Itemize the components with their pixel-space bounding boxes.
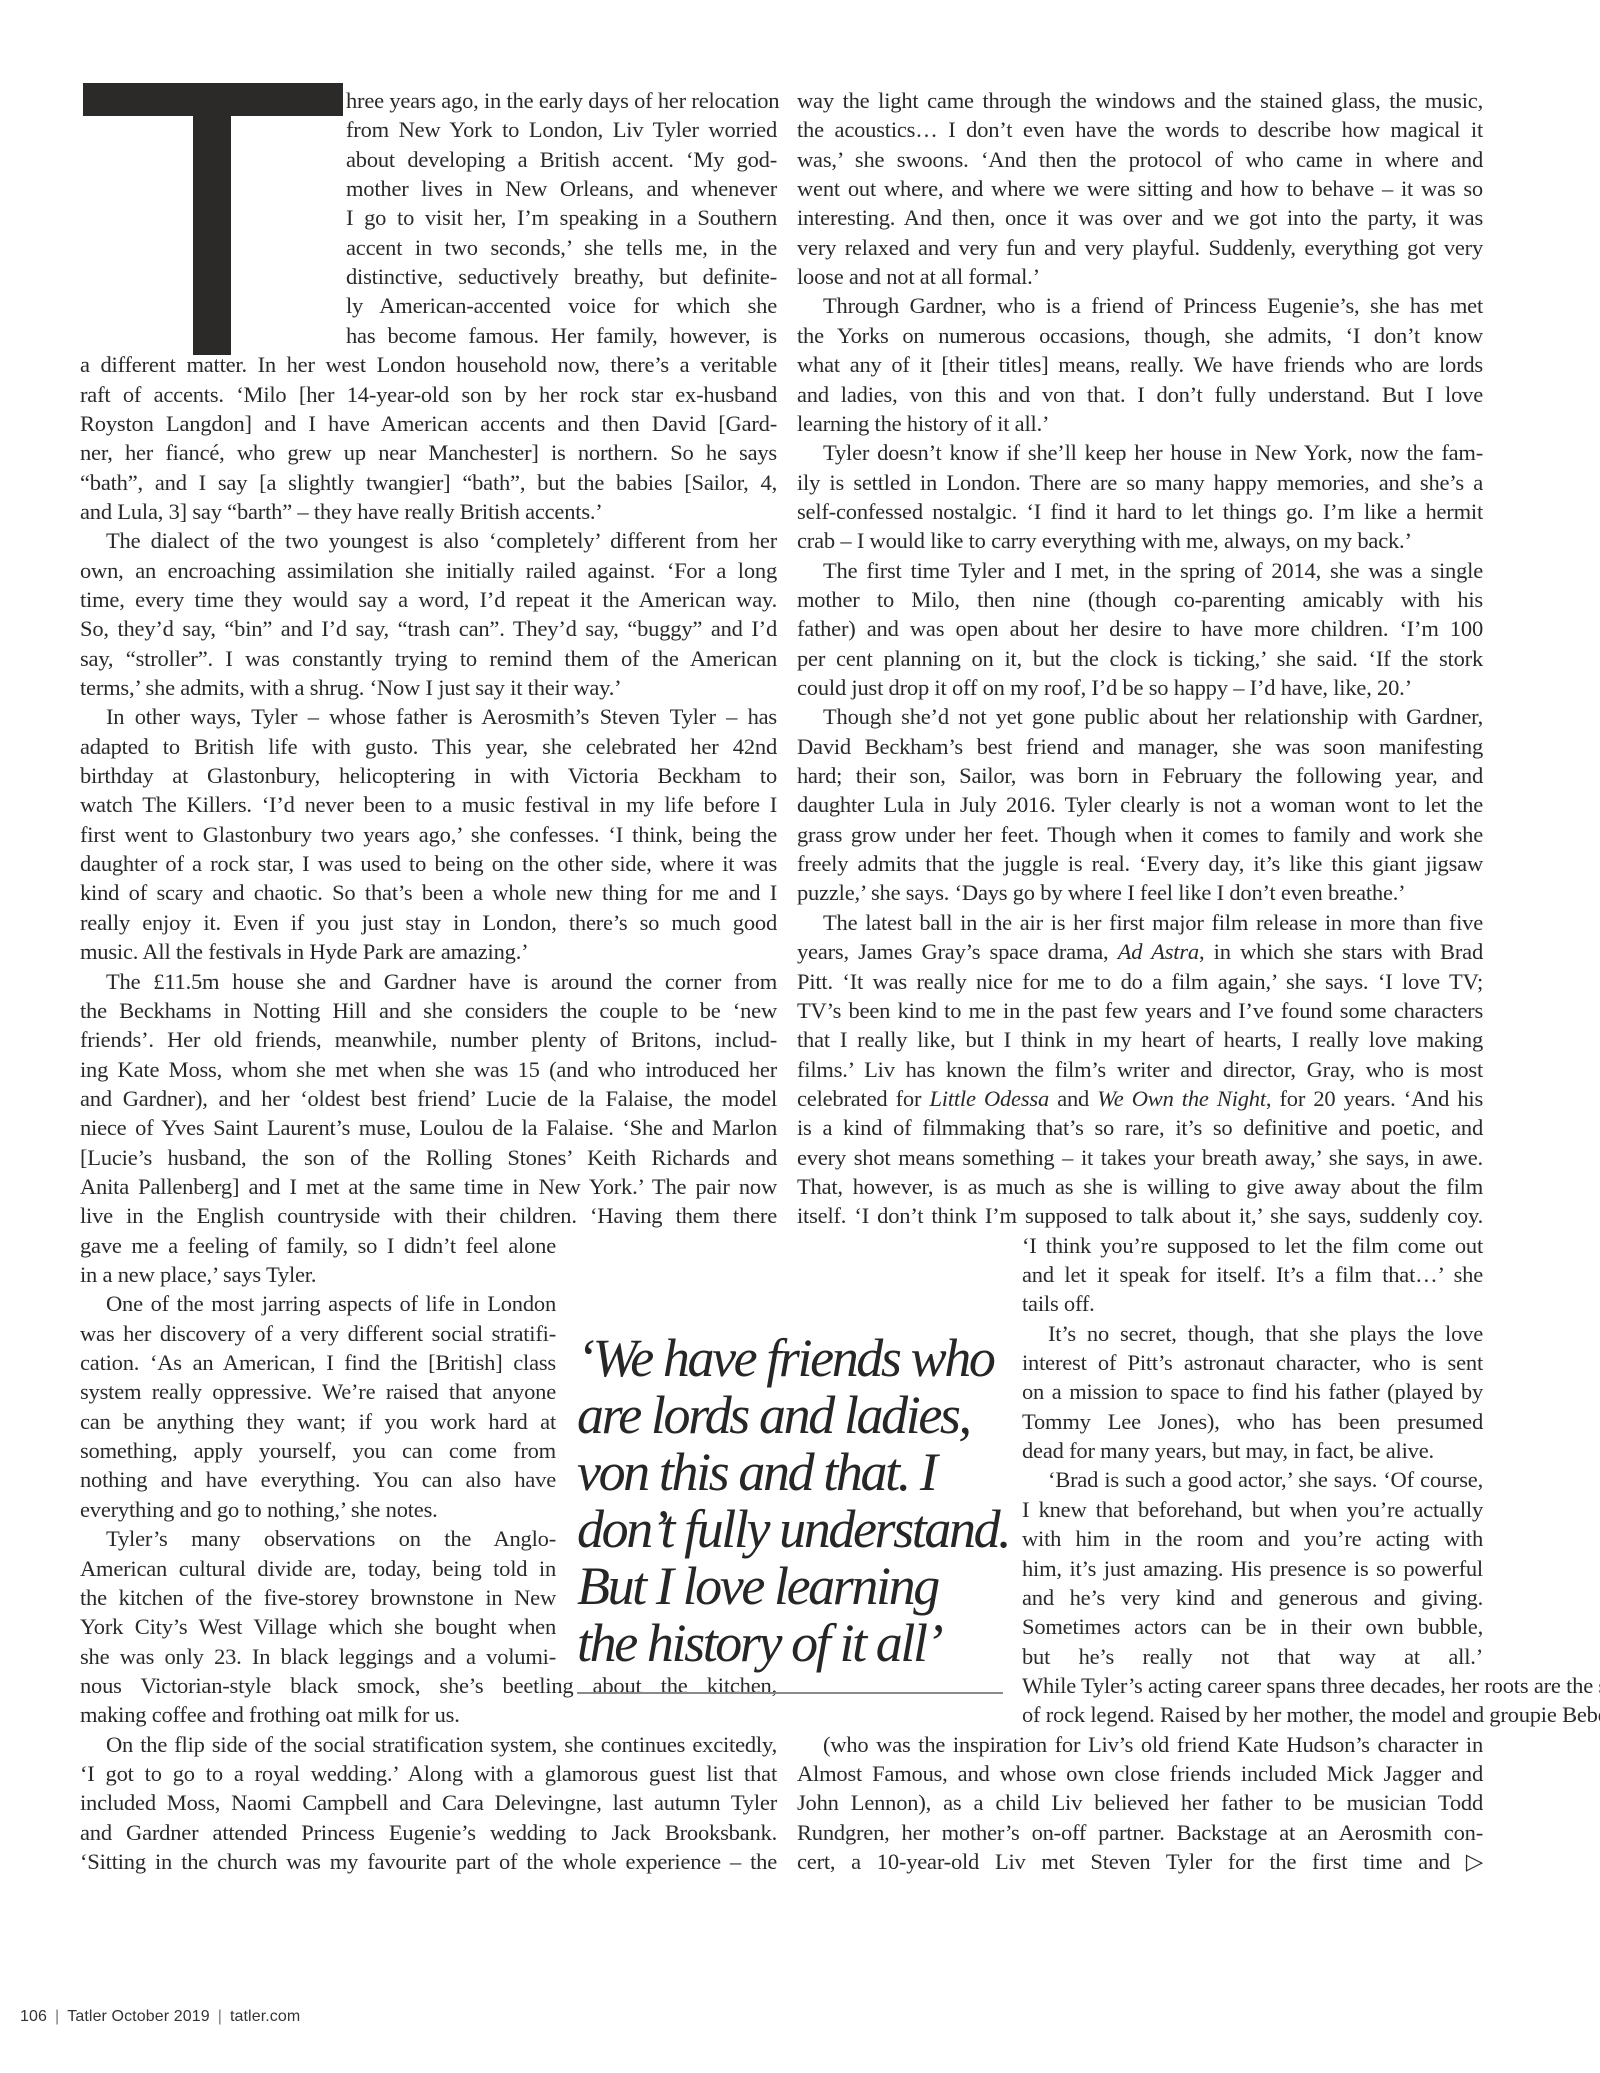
article-line: say, “stroller”. I was constantly trying…: [80, 644, 777, 673]
article-line: friends’. Her old friends, meanwhile, nu…: [80, 1025, 777, 1054]
article-line: itself. ‘I don’t think I’m supposed to t…: [797, 1201, 1483, 1230]
article-line: The dialect of the two youngest is also …: [80, 526, 777, 555]
article-line: time, every time they would say a word, …: [80, 585, 777, 614]
article-line: accent in two seconds,’ she tells me, in…: [346, 233, 777, 262]
drop-cap-stem: [193, 83, 231, 355]
article-line: everything and go to nothing,’ she notes…: [80, 1495, 556, 1524]
article-line: system really oppressive. We’re raised t…: [80, 1377, 556, 1406]
article-line: learning the history of it all.’: [797, 409, 1483, 438]
article-line: ing Kate Moss, whom she met when she was…: [80, 1055, 777, 1084]
article-line: hard; their son, Sailor, was born in Feb…: [797, 761, 1483, 790]
article-line: interesting. And then, once it was over …: [797, 203, 1483, 232]
article-line: Anita Pallenberg] and I met at the same …: [80, 1172, 777, 1201]
article-line: The first time Tyler and I met, in the s…: [797, 556, 1483, 585]
article-line: and let it speak for itself. It’s a film…: [1022, 1260, 1483, 1289]
article-line: Through Gardner, who is a friend of Prin…: [797, 291, 1483, 320]
article-line: On the flip side of the social stratific…: [80, 1730, 777, 1759]
article-line: making coffee and frothing oat milk for …: [80, 1700, 777, 1729]
article-line: Tommy Lee Jones), who has been presumed: [1022, 1407, 1483, 1436]
article-line: can be anything they want; if you work h…: [80, 1407, 556, 1436]
article-line: raft of accents. ‘Milo [her 14-year-old …: [80, 380, 777, 409]
article-line: the acoustics… I don’t even have the wor…: [797, 115, 1483, 144]
article-line: freely admits that the juggle is real. ‘…: [797, 849, 1483, 878]
article-line: ‘Sitting in the church was my favourite …: [80, 1847, 777, 1876]
article-line: and he’s very kind and generous and givi…: [1022, 1583, 1483, 1612]
article-line: first went to Glastonbury two years ago,…: [80, 820, 777, 849]
article-line: self-confessed nostalgic. ‘I find it har…: [797, 497, 1483, 526]
article-line: Tyler doesn’t know if she’ll keep her ho…: [797, 438, 1483, 467]
page-number: 106: [20, 2008, 47, 2025]
article-line: I knew that beforehand, but when you’re …: [1022, 1495, 1483, 1524]
title-italic: Ad Astra: [1118, 939, 1199, 964]
article-line: So, they’d say, “bin” and I’d say, “tras…: [80, 614, 777, 643]
article-line: TV’s been kind to me in the past few yea…: [797, 996, 1483, 1025]
article-line: that I really like, but I think in my he…: [797, 1025, 1483, 1054]
title-italic: We Own the Night: [1097, 1086, 1266, 1111]
article-line: but he’s really not that way at all.’: [1022, 1642, 1483, 1671]
article-line: niece of Yves Saint Laurent’s muse, Loul…: [80, 1113, 777, 1142]
article-line: Rundgren, her mother’s on-off partner. B…: [797, 1818, 1483, 1847]
website-link[interactable]: tatler.com: [230, 2008, 300, 2025]
article-line: distinctive, seductively breathy, but de…: [346, 262, 777, 291]
article-line: dead for many years, but may, in fact, b…: [1022, 1436, 1483, 1465]
pull-quote-line: But I love learning: [577, 1558, 1007, 1615]
article-line: the kitchen of the five-storey brownston…: [80, 1583, 556, 1612]
article-line: and Lula, 3] say “barth” – they have rea…: [80, 497, 777, 526]
article-line: ner, her fiancé, who grew up near Manche…: [80, 438, 777, 467]
article-line: loose and not at all formal.’: [797, 262, 1483, 291]
article-line: York City’s West Village which she bough…: [80, 1612, 556, 1641]
article-line: daughter of a rock star, I was used to b…: [80, 849, 777, 878]
article-line: American cultural divide are, today, bei…: [80, 1554, 556, 1583]
article-line: Though she’d not yet gone public about h…: [797, 702, 1483, 731]
article-line: tails off.: [1022, 1289, 1483, 1318]
article-line: something, apply yourself, you can come …: [80, 1436, 556, 1465]
article-line: went out where, and where we were sittin…: [797, 174, 1483, 203]
article-line: While Tyler’s acting career spans three …: [1022, 1671, 1483, 1700]
article-line: really enjoy it. Even if you just stay i…: [80, 908, 777, 937]
article-line: celebrated for Little Odessa and We Own …: [797, 1084, 1483, 1113]
article-line: ‘Brad is such a good actor,’ she says. ‘…: [1022, 1465, 1483, 1494]
article-line: on a mission to space to find his father…: [1022, 1377, 1483, 1406]
article-line: what any of it [their titles] means, rea…: [797, 350, 1483, 379]
article-line: gave me a feeling of family, so I didn’t…: [80, 1231, 556, 1260]
article-line: That, however, is as much as she is will…: [797, 1172, 1483, 1201]
article-line: The £11.5m house she and Gardner have is…: [80, 967, 777, 996]
article-line: years, James Gray’s space drama, Ad Astr…: [797, 937, 1483, 966]
article-line: nous Victorian-style black smock, she’s …: [80, 1671, 777, 1700]
article-line: Tyler’s many observations on the Anglo-: [80, 1524, 556, 1553]
article-line: live in the English countryside with the…: [80, 1201, 777, 1230]
article-line: included Moss, Naomi Campbell and Cara D…: [80, 1788, 777, 1817]
article-line: ‘I got to go to a royal wedding.’ Along …: [80, 1759, 777, 1788]
article-line: the Beckhams in Notting Hill and she con…: [80, 996, 777, 1025]
article-line: and Gardner), and her ‘oldest best frien…: [80, 1084, 777, 1113]
article-line: The latest ball in the air is her first …: [797, 908, 1483, 937]
article-line: about developing a British accent. ‘My g…: [346, 145, 777, 174]
publication-issue: Tatler October 2019: [67, 2008, 209, 2025]
article-line: It’s no secret, though, that she plays t…: [1022, 1319, 1483, 1348]
article-line: music. All the festivals in Hyde Park ar…: [80, 937, 777, 966]
pull-quote-line: are lords and ladies,: [577, 1387, 1007, 1444]
article-line: nothing and have everything. You can als…: [80, 1465, 556, 1494]
article-line: ily is settled in London. There are so m…: [797, 468, 1483, 497]
article-line: Almost Famous, and whose own close frien…: [797, 1759, 1483, 1788]
article-line: every shot means something – it takes yo…: [797, 1143, 1483, 1172]
pull-quote-line: the history of it all’: [577, 1615, 1007, 1672]
article-line: Sometimes actors can be in their own bub…: [1022, 1612, 1483, 1641]
article-line: crab – I would like to carry everything …: [797, 526, 1483, 555]
article-line: cation. ‘As an American, I find the [Bri…: [80, 1348, 556, 1377]
article-line: Royston Langdon] and I have American acc…: [80, 409, 777, 438]
article-line: with him in the room and you’re acting w…: [1022, 1524, 1483, 1553]
article-line: grass grow under her feet. Though when i…: [797, 820, 1483, 849]
article-line: watch The Killers. ‘I’d never been to a …: [80, 790, 777, 819]
article-line: David Beckham’s best friend and manager,…: [797, 732, 1483, 761]
article-line: puzzle,’ she says. ‘Days go by where I f…: [797, 878, 1483, 907]
article-line: interest of Pitt’s astronaut character, …: [1022, 1348, 1483, 1377]
title-italic: Little Odessa: [929, 1086, 1049, 1111]
article-line: father) and was open about her desire to…: [797, 614, 1483, 643]
page-footer: 106|Tatler October 2019|tatler.com: [20, 2008, 300, 2026]
article-line: In other ways, Tyler – whose father is A…: [80, 702, 777, 731]
pull-quote-line: ‘We have friends who: [577, 1330, 1007, 1387]
pull-quote-line: don’t fully understand.: [577, 1501, 1007, 1558]
article-line: kind of scary and chaotic. So that’s bee…: [80, 878, 777, 907]
article-line: birthday at Glastonbury, helicoptering i…: [80, 761, 777, 790]
article-line: John Lennon), as a child Liv believed he…: [797, 1788, 1483, 1817]
drop-cap-t: [83, 83, 343, 355]
article-line: One of the most jarring aspects of life …: [80, 1289, 556, 1318]
article-line: way the light came through the windows a…: [797, 86, 1483, 115]
article-line: has become famous. Her family, however, …: [346, 321, 777, 350]
article-line: cert, a 10-year-old Liv met Steven Tyler…: [797, 1847, 1483, 1876]
article-line: hree years ago, in the early days of her…: [346, 86, 777, 115]
article-line: films.’ Liv has known the film’s writer …: [797, 1055, 1483, 1084]
article-line: and ladies, von this and von that. I don…: [797, 380, 1483, 409]
pull-quote-line: von this and that. I: [577, 1444, 1007, 1501]
article-line: [Lucie’s husband, the son of the Rolling…: [80, 1143, 777, 1172]
article-line: terms,’ she admits, with a shrug. ‘Now I…: [80, 673, 777, 702]
article-line: mother lives in New Orleans, and wheneve…: [346, 174, 777, 203]
article-line: him, it’s just amazing. His presence is …: [1022, 1554, 1483, 1583]
article-line: of rock legend. Raised by her mother, th…: [1022, 1700, 1483, 1729]
article-line: a different matter. In her west London h…: [80, 350, 777, 379]
article-line: daughter Lula in July 2016. Tyler clearl…: [797, 790, 1483, 819]
article-line: per cent planning on it, but the clock i…: [797, 644, 1483, 673]
pull-quote: ‘We have friends who are lords and ladie…: [577, 1330, 1007, 1672]
article-line: the Yorks on numerous occasions, though,…: [797, 321, 1483, 350]
article-line: (who was the inspiration for Liv’s old f…: [797, 1730, 1483, 1759]
article-line: Pitt. ‘It was really nice for me to do a…: [797, 967, 1483, 996]
footer-separator: |: [218, 2008, 222, 2025]
article-line: was,’ she swoons. ‘And then the protocol…: [797, 145, 1483, 174]
article-line: own, an encroaching assimilation she ini…: [80, 556, 777, 585]
article-line: adapted to British life with gusto. This…: [80, 732, 777, 761]
article-line: and Gardner attended Princess Eugenie’s …: [80, 1818, 777, 1847]
article-line: I go to visit her, I’m speaking in a Sou…: [346, 203, 777, 232]
article-line: “bath”, and I say [a slightly twangier] …: [80, 468, 777, 497]
article-line: is a kind of filmmaking that’s so rare, …: [797, 1113, 1483, 1142]
article-line: she was only 23. In black leggings and a…: [80, 1642, 556, 1671]
article-line: from New York to London, Liv Tyler worri…: [346, 115, 777, 144]
article-line: mother to Milo, then nine (though co-par…: [797, 585, 1483, 614]
article-line: was her discovery of a very different so…: [80, 1319, 556, 1348]
article-line: ‘I think you’re supposed to let the film…: [1022, 1231, 1483, 1260]
article-line: very relaxed and very fun and very playf…: [797, 233, 1483, 262]
article-line: ly American-accented voice for which she: [346, 291, 777, 320]
pull-quote-rule: [577, 1692, 1003, 1694]
footer-separator: |: [55, 2008, 59, 2025]
article-line: could just drop it off on my roof, I’d b…: [797, 673, 1483, 702]
article-line: in a new place,’ says Tyler.: [80, 1260, 556, 1289]
